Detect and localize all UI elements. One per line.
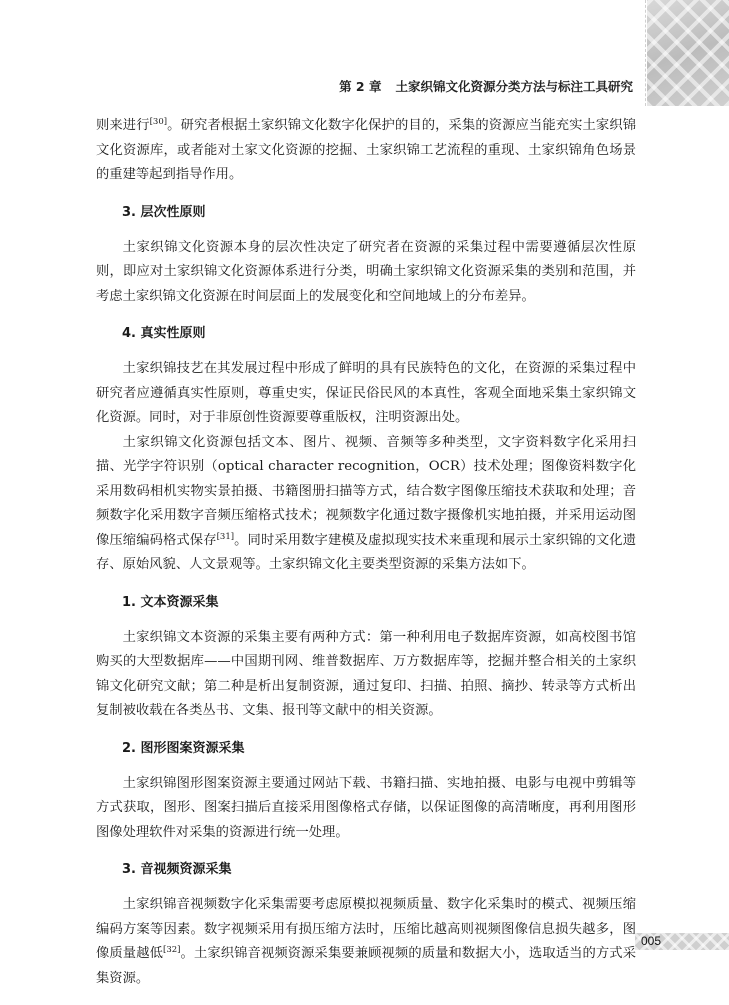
section-heading: 3. 层次性原则 (96, 202, 636, 224)
section-heading: 2. 图形图案资源采集 (96, 738, 636, 760)
chapter-title: 土家织锦文化资源分类方法与标注工具研究 (395, 79, 633, 94)
running-header: 第 2 章土家织锦文化资源分类方法与标注工具研究 (339, 77, 633, 95)
paragraph: 土家织锦音视频数字化采集需要考虑原模拟视频质量、数字化采集时的模式、视频压缩编码… (96, 893, 636, 991)
section-heading: 4. 真实性原则 (96, 323, 636, 345)
citation-ref[interactable]: [32] (163, 945, 180, 955)
chapter-number: 第 2 章 (339, 79, 381, 94)
paragraph: 土家织锦技艺在其发展过程中形成了鲜明的具有民族特色的文化，在资源的采集过程中研究… (96, 357, 636, 431)
paragraph: 则来进行[30]。研究者根据土家织锦文化数字化保护的目的，采集的资源应当能充实土… (96, 114, 636, 188)
citation-ref[interactable]: [30] (150, 117, 167, 127)
page-body: 则来进行[30]。研究者根据土家织锦文化数字化保护的目的，采集的资源应当能充实土… (96, 114, 636, 991)
section-heading: 1. 文本资源采集 (96, 592, 636, 614)
decorative-dashed-rule (645, 0, 646, 106)
decorative-brocade-pattern (647, 0, 729, 106)
paragraph: 土家织锦图形图案资源主要通过网站下载、书籍扫描、实地拍摄、电影与电视中剪辑等方式… (96, 772, 636, 846)
paragraph: 土家织锦文化资源包括文本、图片、视频、音频等多种类型，文字资料数字化采用扫描、光… (96, 431, 636, 578)
paragraph: 土家织锦文本资源的采集主要有两种方式：第一种利用电子数据库资源，如高校图书馆购买… (96, 626, 636, 724)
page-number: 005 (635, 933, 729, 950)
paragraph: 土家织锦文化资源本身的层次性决定了研究者在资源的采集过程中需要遵循层次性原则，即… (96, 236, 636, 310)
section-heading: 3. 音视频资源采集 (96, 859, 636, 881)
citation-ref[interactable]: [31] (217, 532, 234, 542)
